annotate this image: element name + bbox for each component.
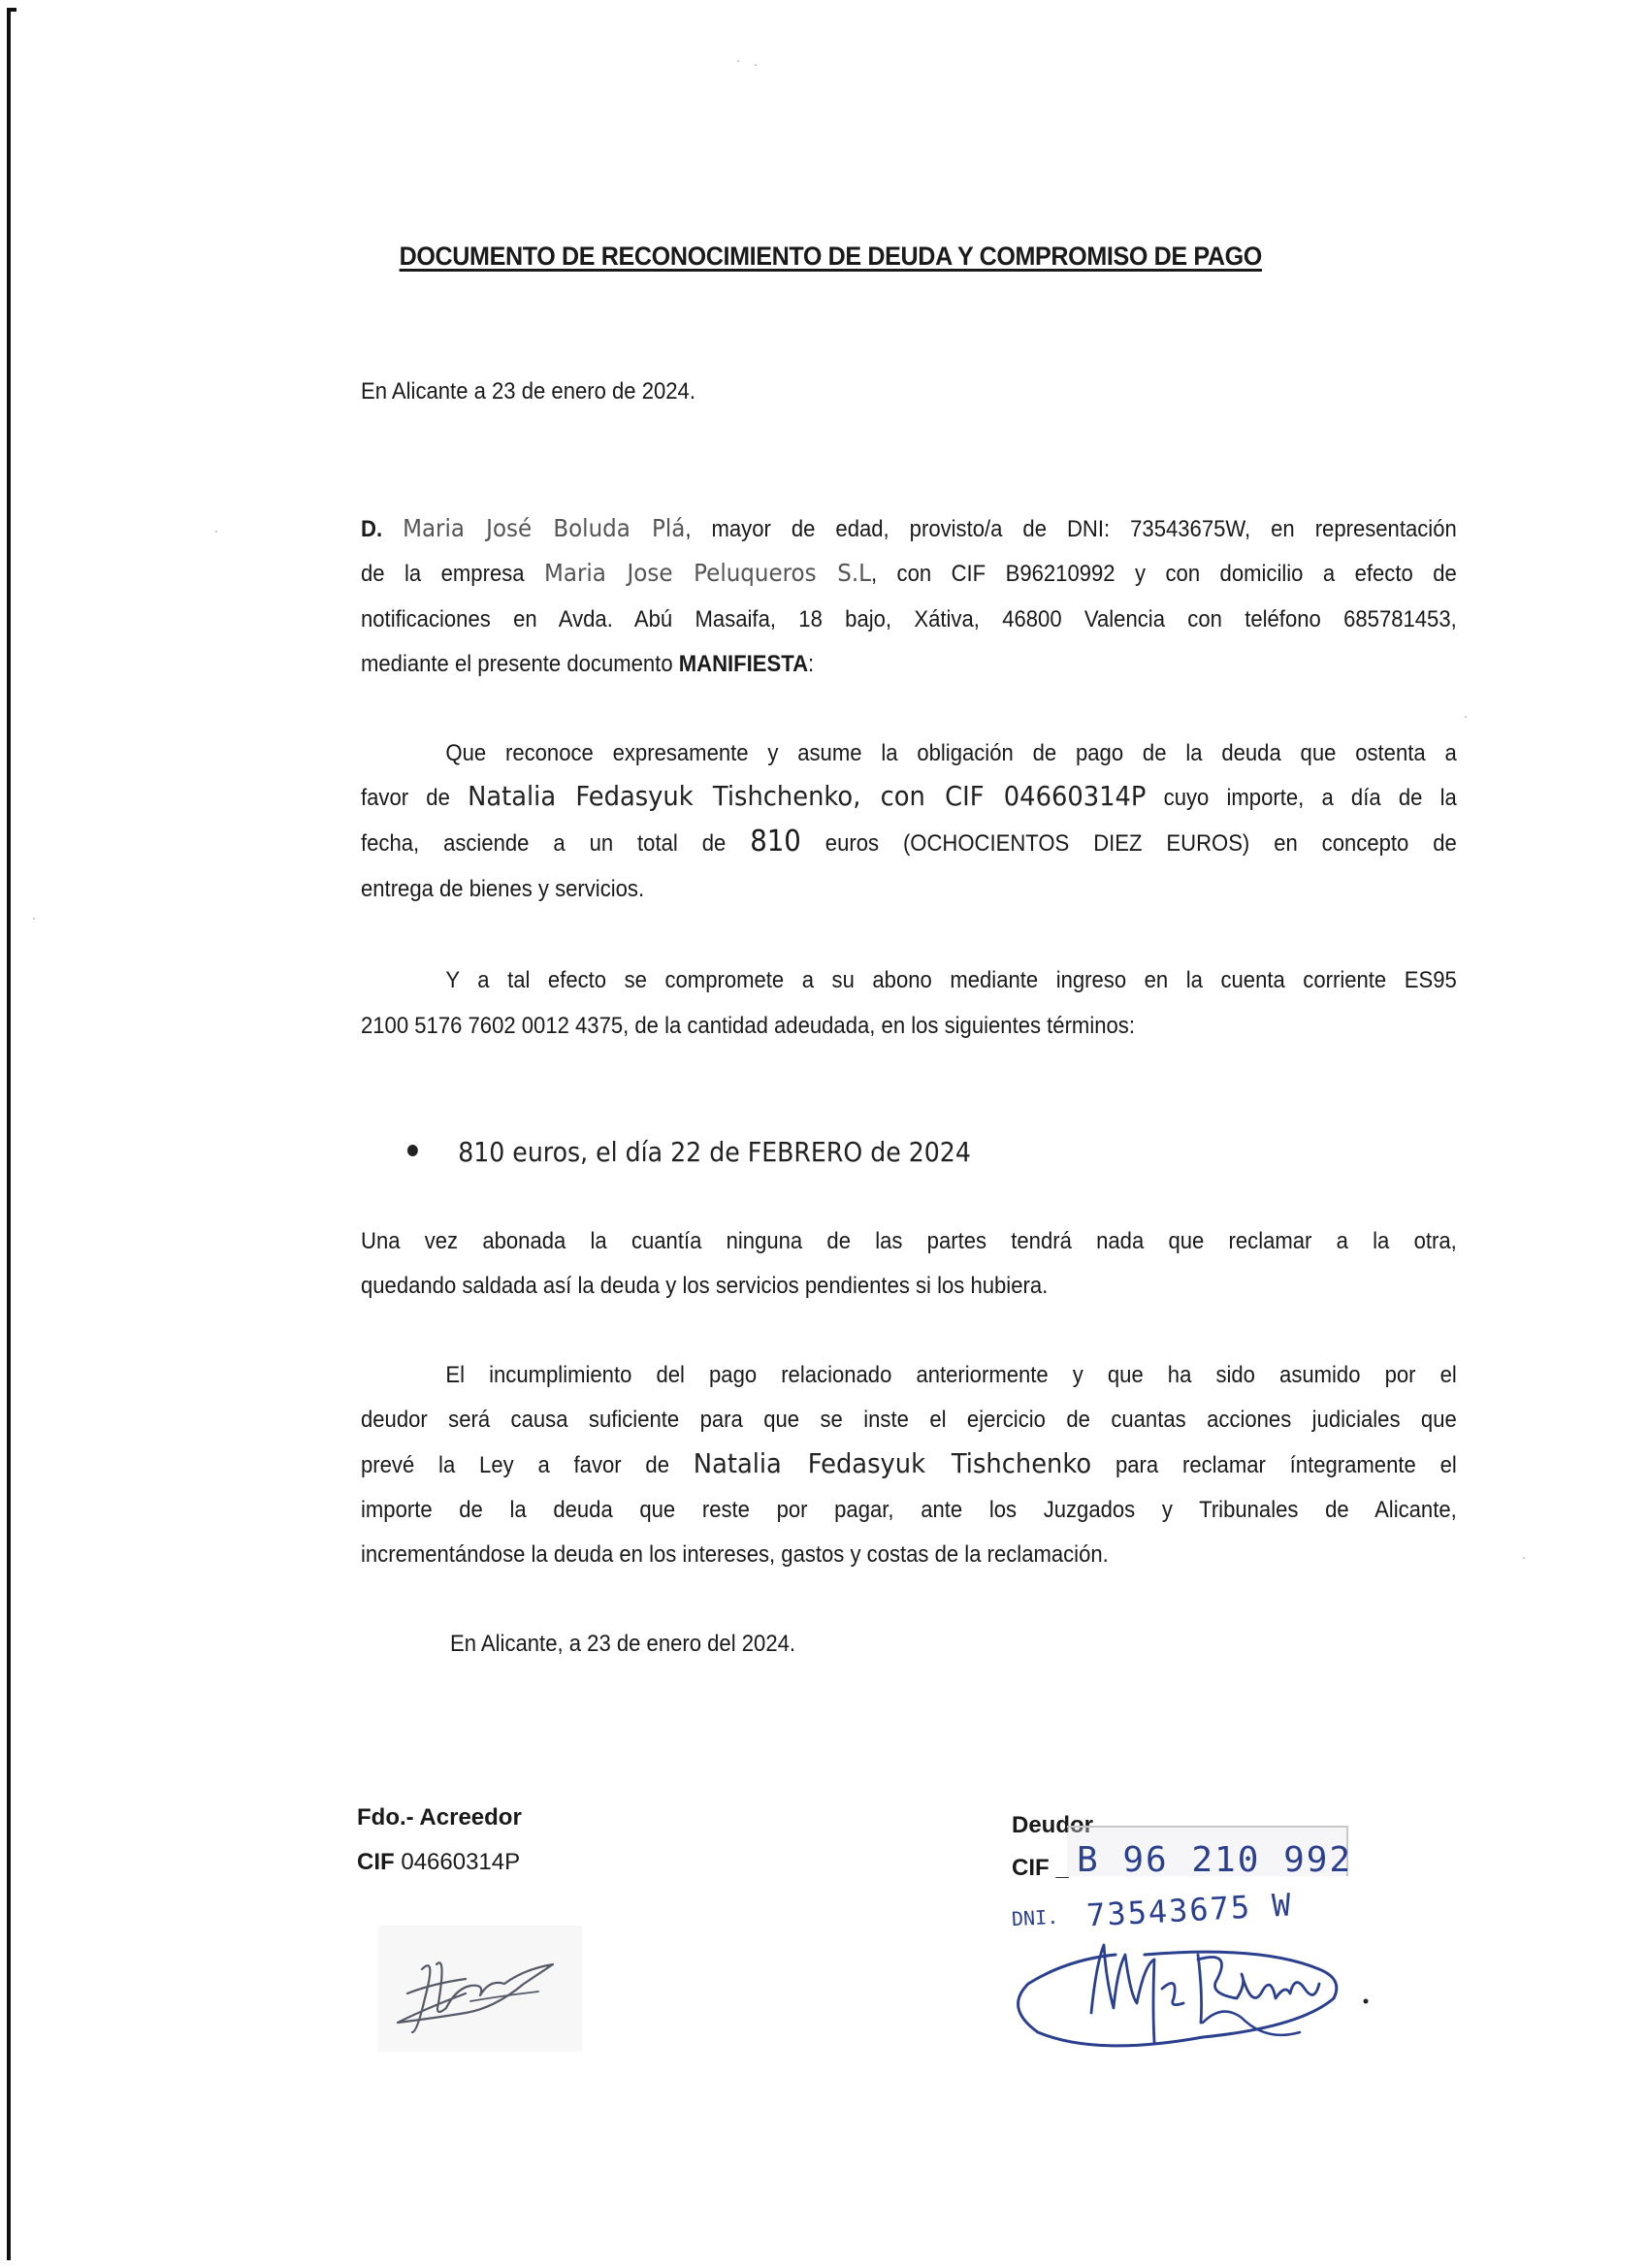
debtor-cif-label: CIF _ [1012,1855,1069,1882]
debtor-cif-handwritten: B 96 210 992 [1077,1840,1352,1880]
creditor-cif: CIF 04660314P [357,1849,520,1876]
scan-speck [1523,1557,1525,1559]
place-date-header: En Alicante a 23 de enero de 2024. [361,377,1370,406]
settlement-line-2: quedando saldada así la deuda y los serv… [361,1272,1370,1301]
breach-line-5: incrementándose la deuda en los interese… [361,1540,1370,1570]
commitment-line-1: Y a tal efecto se compromete a su abono … [361,966,1457,995]
breach-line-4: importe de la deuda que reste por pagar,… [361,1496,1457,1525]
ack-line-4: entrega de bienes y servicios. [361,875,1370,904]
settlement-line-1: Una vez abonada la cuantía ninguna de la… [361,1227,1457,1256]
intro-line-3: notificaciones en Avda. Abú Masaifa, 18 … [361,605,1457,634]
creditor-label: Fdo.- Acreedor [357,1804,522,1831]
payment-term-item: 810 euros, el día 22 de FEBRERO de 2024 [407,1136,971,1168]
ack-line-3: fecha, asciende a un total de 810 euros … [361,827,1457,859]
breach-line-2: deudor será causa suficiente para que se… [361,1406,1457,1435]
scan-border-line [7,8,11,2260]
creditor-name-cif: Natalia Fedasyuk Tishchenko, con CIF 046… [468,780,1146,812]
intro-line-2: de la empresa Maria Jose Peluqueros S.L,… [361,559,1457,589]
scan-speck [737,60,739,62]
breach-line-3: prevé la Ley a favor de Natalia Fedasyuk… [361,1449,1457,1480]
debtor-signature [1009,1926,1387,2061]
debtor-name: Maria José Boluda Plá [403,514,685,542]
scan-speck [1465,716,1467,718]
creditor-name: Natalia Fedasyuk Tishchenko [694,1447,1091,1479]
payment-term-text: 810 euros, el día 22 de FEBRERO de 2024 [458,1136,971,1168]
commitment-line-2: 2100 5176 7602 0012 4375, de la cantidad… [361,1012,1370,1041]
scan-speck [215,531,217,533]
ack-line-2: favor de Natalia Fedasyuk Tishchenko, co… [361,782,1457,813]
manifiesta-keyword: MANIFIESTA [679,651,808,677]
company-name: Maria Jose Peluqueros S.L [544,559,871,587]
breach-line-1: El incumplimiento del pago relacionado a… [361,1361,1457,1390]
scan-speck [755,64,757,66]
debt-amount: 810 [750,825,801,859]
creditor-signature [378,1926,582,2052]
ack-line-1: Que reconoce expresamente y asume la obl… [361,739,1457,768]
scan-speck [33,918,35,920]
intro-line-1: D. Maria José Boluda Plá, mayor de edad,… [361,514,1457,544]
honorific: D. [361,516,382,542]
document-title: DOCUMENTO DE RECONOCIMIENTO DE DEUDA Y C… [64,242,1598,272]
intro-line-4: mediante el presente documento MANIFIEST… [361,650,1370,679]
place-date-footer: En Alicante, a 23 de enero del 2024. [450,1630,1459,1659]
bullet-icon [407,1145,418,1156]
